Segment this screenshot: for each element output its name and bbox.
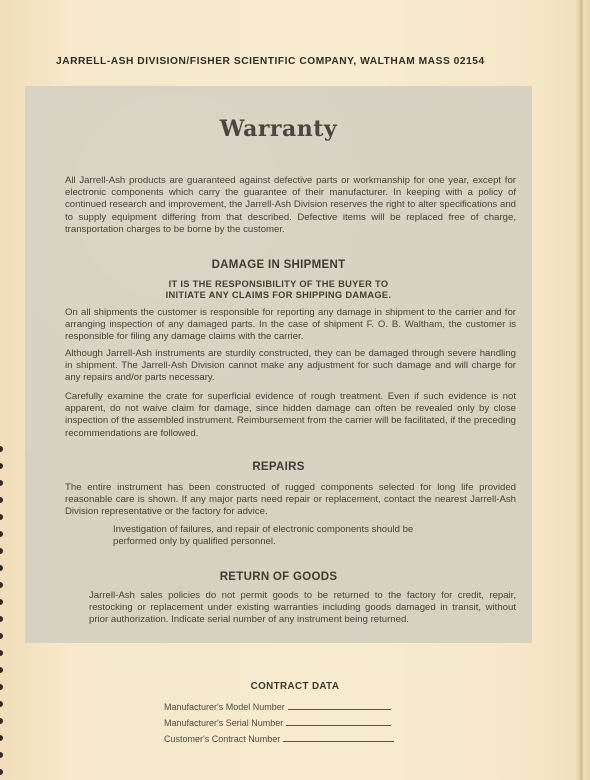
- binding-hole: [0, 548, 3, 554]
- binding-hole: [0, 497, 3, 503]
- damage-paragraph-3: Carefully examine the crate for superfic…: [65, 391, 516, 440]
- binding-hole: [0, 599, 3, 605]
- binding-hole: [0, 565, 3, 571]
- binding-hole: [0, 514, 3, 520]
- binding-hole: [0, 752, 3, 758]
- binding-hole: [0, 480, 3, 486]
- model-number-label: Manufacturer's Model Number: [164, 702, 285, 712]
- damage-heading: DAMAGE IN SHIPMENT: [25, 259, 532, 271]
- return-heading: RETURN OF GOODS: [25, 571, 532, 583]
- document-page: JARRELL-ASH DIVISION/FISHER SCIENTIFIC C…: [0, 0, 590, 780]
- model-number-field[interactable]: Manufacturer's Model Number: [164, 702, 391, 712]
- binding-hole: [0, 667, 3, 673]
- contract-number-label: Customer's Contract Number: [164, 734, 280, 744]
- binding-hole: [0, 650, 3, 656]
- return-paragraph: Jarrell-Ash sales policies do not permit…: [89, 590, 516, 627]
- damage-subheading-1: IT IS THE RESPONSIBILITY OF THE BUYER TO: [25, 279, 532, 290]
- model-number-input-line[interactable]: [288, 709, 391, 710]
- binding-hole: [0, 718, 3, 724]
- repairs-note: Investigation of failures, and repair of…: [113, 524, 453, 548]
- serial-number-label: Manufacturer's Serial Number: [164, 718, 283, 728]
- binding-hole: [0, 616, 3, 622]
- binding-holes: [0, 0, 5, 780]
- binding-hole: [0, 735, 3, 741]
- binding-hole: [0, 633, 3, 639]
- page-edge: [574, 0, 590, 780]
- repairs-heading: REPAIRS: [25, 461, 532, 473]
- binding-hole: [0, 701, 3, 707]
- company-header: JARRELL-ASH DIVISION/FISHER SCIENTIFIC C…: [56, 56, 536, 67]
- binding-hole: [0, 769, 3, 775]
- binding-hole: [0, 531, 3, 537]
- warranty-panel: Warranty All Jarrell-Ash products are gu…: [25, 86, 532, 643]
- contract-number-input-line[interactable]: [283, 741, 394, 742]
- damage-paragraph-1: On all shipments the customer is respons…: [65, 307, 516, 344]
- warranty-title: Warranty: [25, 116, 532, 142]
- binding-hole: [0, 582, 3, 588]
- warranty-intro: All Jarrell-Ash products are guaranteed …: [65, 175, 516, 236]
- contract-number-field[interactable]: Customer's Contract Number: [164, 734, 394, 744]
- binding-hole: [0, 446, 3, 452]
- binding-hole: [0, 463, 3, 469]
- contract-data-heading: CONTRACT DATA: [0, 681, 590, 692]
- damage-subheading-2: INITIATE ANY CLAIMS FOR SHIPPING DAMAGE.: [25, 290, 532, 301]
- serial-number-input-line[interactable]: [286, 725, 391, 726]
- serial-number-field[interactable]: Manufacturer's Serial Number: [164, 718, 391, 728]
- repairs-paragraph: The entire instrument has been construct…: [65, 482, 516, 519]
- damage-paragraph-2: Although Jarrell-Ash instruments are stu…: [65, 348, 516, 385]
